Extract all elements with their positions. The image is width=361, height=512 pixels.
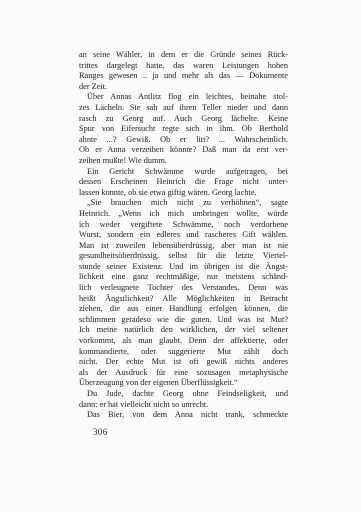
text-line: zeihen mußte! Wie dumm. xyxy=(79,156,288,167)
text-line: „Sie brauchen mich nicht zu verhöhnen“, … xyxy=(79,198,288,209)
text-line: Ein Gericht Schwämme wurde aufgetragen, … xyxy=(79,167,288,178)
text-block: an seine Wähler, in dem er die Gründe se… xyxy=(79,50,288,421)
text-line: Du Jude, dachte Georg ohne Feindseligkei… xyxy=(79,389,288,400)
text-line: Über Annas Antlitz flog ein leichtes, be… xyxy=(79,92,288,103)
text-line: an seine Wähler, in dem er die Gründe se… xyxy=(79,50,288,61)
text-line: Ich meine natürlich den wirklichen, der … xyxy=(79,325,288,336)
text-line: lassen konnte, ob sie etwa giftig wären.… xyxy=(79,188,288,199)
page-number: 306 xyxy=(93,427,108,437)
text-line: nicht. Der echte Mut ist oft gewiß nicht… xyxy=(79,357,288,368)
text-line: lich verleugnete Tochter des Verstandes.… xyxy=(79,283,288,294)
text-line: Überzeugung von der eigenen Überflüssigk… xyxy=(79,378,288,389)
text-line: als der Ausdruck für eine sozusagen meta… xyxy=(79,368,288,379)
text-line: Ranges gewesen .. ja und mehr als das — … xyxy=(79,71,288,82)
text-line: dann: er hat vielleicht nicht so unrecht… xyxy=(79,400,288,411)
text-line: Wurst, sondern ein edleres und rascheres… xyxy=(79,230,288,241)
text-line: Ob er Anna verzeihen könnte? Daß man da … xyxy=(79,145,288,156)
text-line: der Zeit. xyxy=(79,82,288,93)
text-line: Spur von Eifersucht regte sich in ihm. O… xyxy=(79,124,288,135)
text-line: ich weder vergiftete Schwämme, noch verd… xyxy=(79,220,288,231)
text-line: Man ist zuweilen lebensüberdrüssig, aber… xyxy=(79,241,288,252)
book-page-scan: an seine Wähler, in dem er die Gründe se… xyxy=(0,0,361,512)
text-line: schlimmen geradeso wie die guten. Und wa… xyxy=(79,315,288,326)
text-line: dessen Erscheinen Heinrich die Frage nic… xyxy=(79,177,288,188)
text-line: gesundheitsüberdrüssig, selbst für die l… xyxy=(79,251,288,262)
text-line: Das Bier, von dem Anna nicht trank, schm… xyxy=(79,410,288,421)
text-line: vorkommt, als man glaubt. Denn der affek… xyxy=(79,336,288,347)
text-line: stunde seiner Existenz. Und im übrigen i… xyxy=(79,262,288,273)
text-line: lichkeit eine ganz rechtmäßige, nur meis… xyxy=(79,272,288,283)
text-line: ahnte ...? Gewiß. Ob er litt? ... Wahrsc… xyxy=(79,135,288,146)
text-line: rasch zu Georg auf. Auch Georg lächelte.… xyxy=(79,114,288,125)
text-line: trittes dargelegt hatte, das waren Leist… xyxy=(79,61,288,72)
text-line: Heinrich. „Wenn ich mich umbringen wollt… xyxy=(79,209,288,220)
text-line: ziehen, die aus einer Handlung erfolgen … xyxy=(79,304,288,315)
text-line: zes Lächeln. Sie sah auf ihren Teller ni… xyxy=(79,103,288,114)
text-line: heißt Ängstlichkeit? Alle Möglichkeiten … xyxy=(79,294,288,305)
text-line: kommandierte, oder suggerierte Mut zählt… xyxy=(79,347,288,358)
